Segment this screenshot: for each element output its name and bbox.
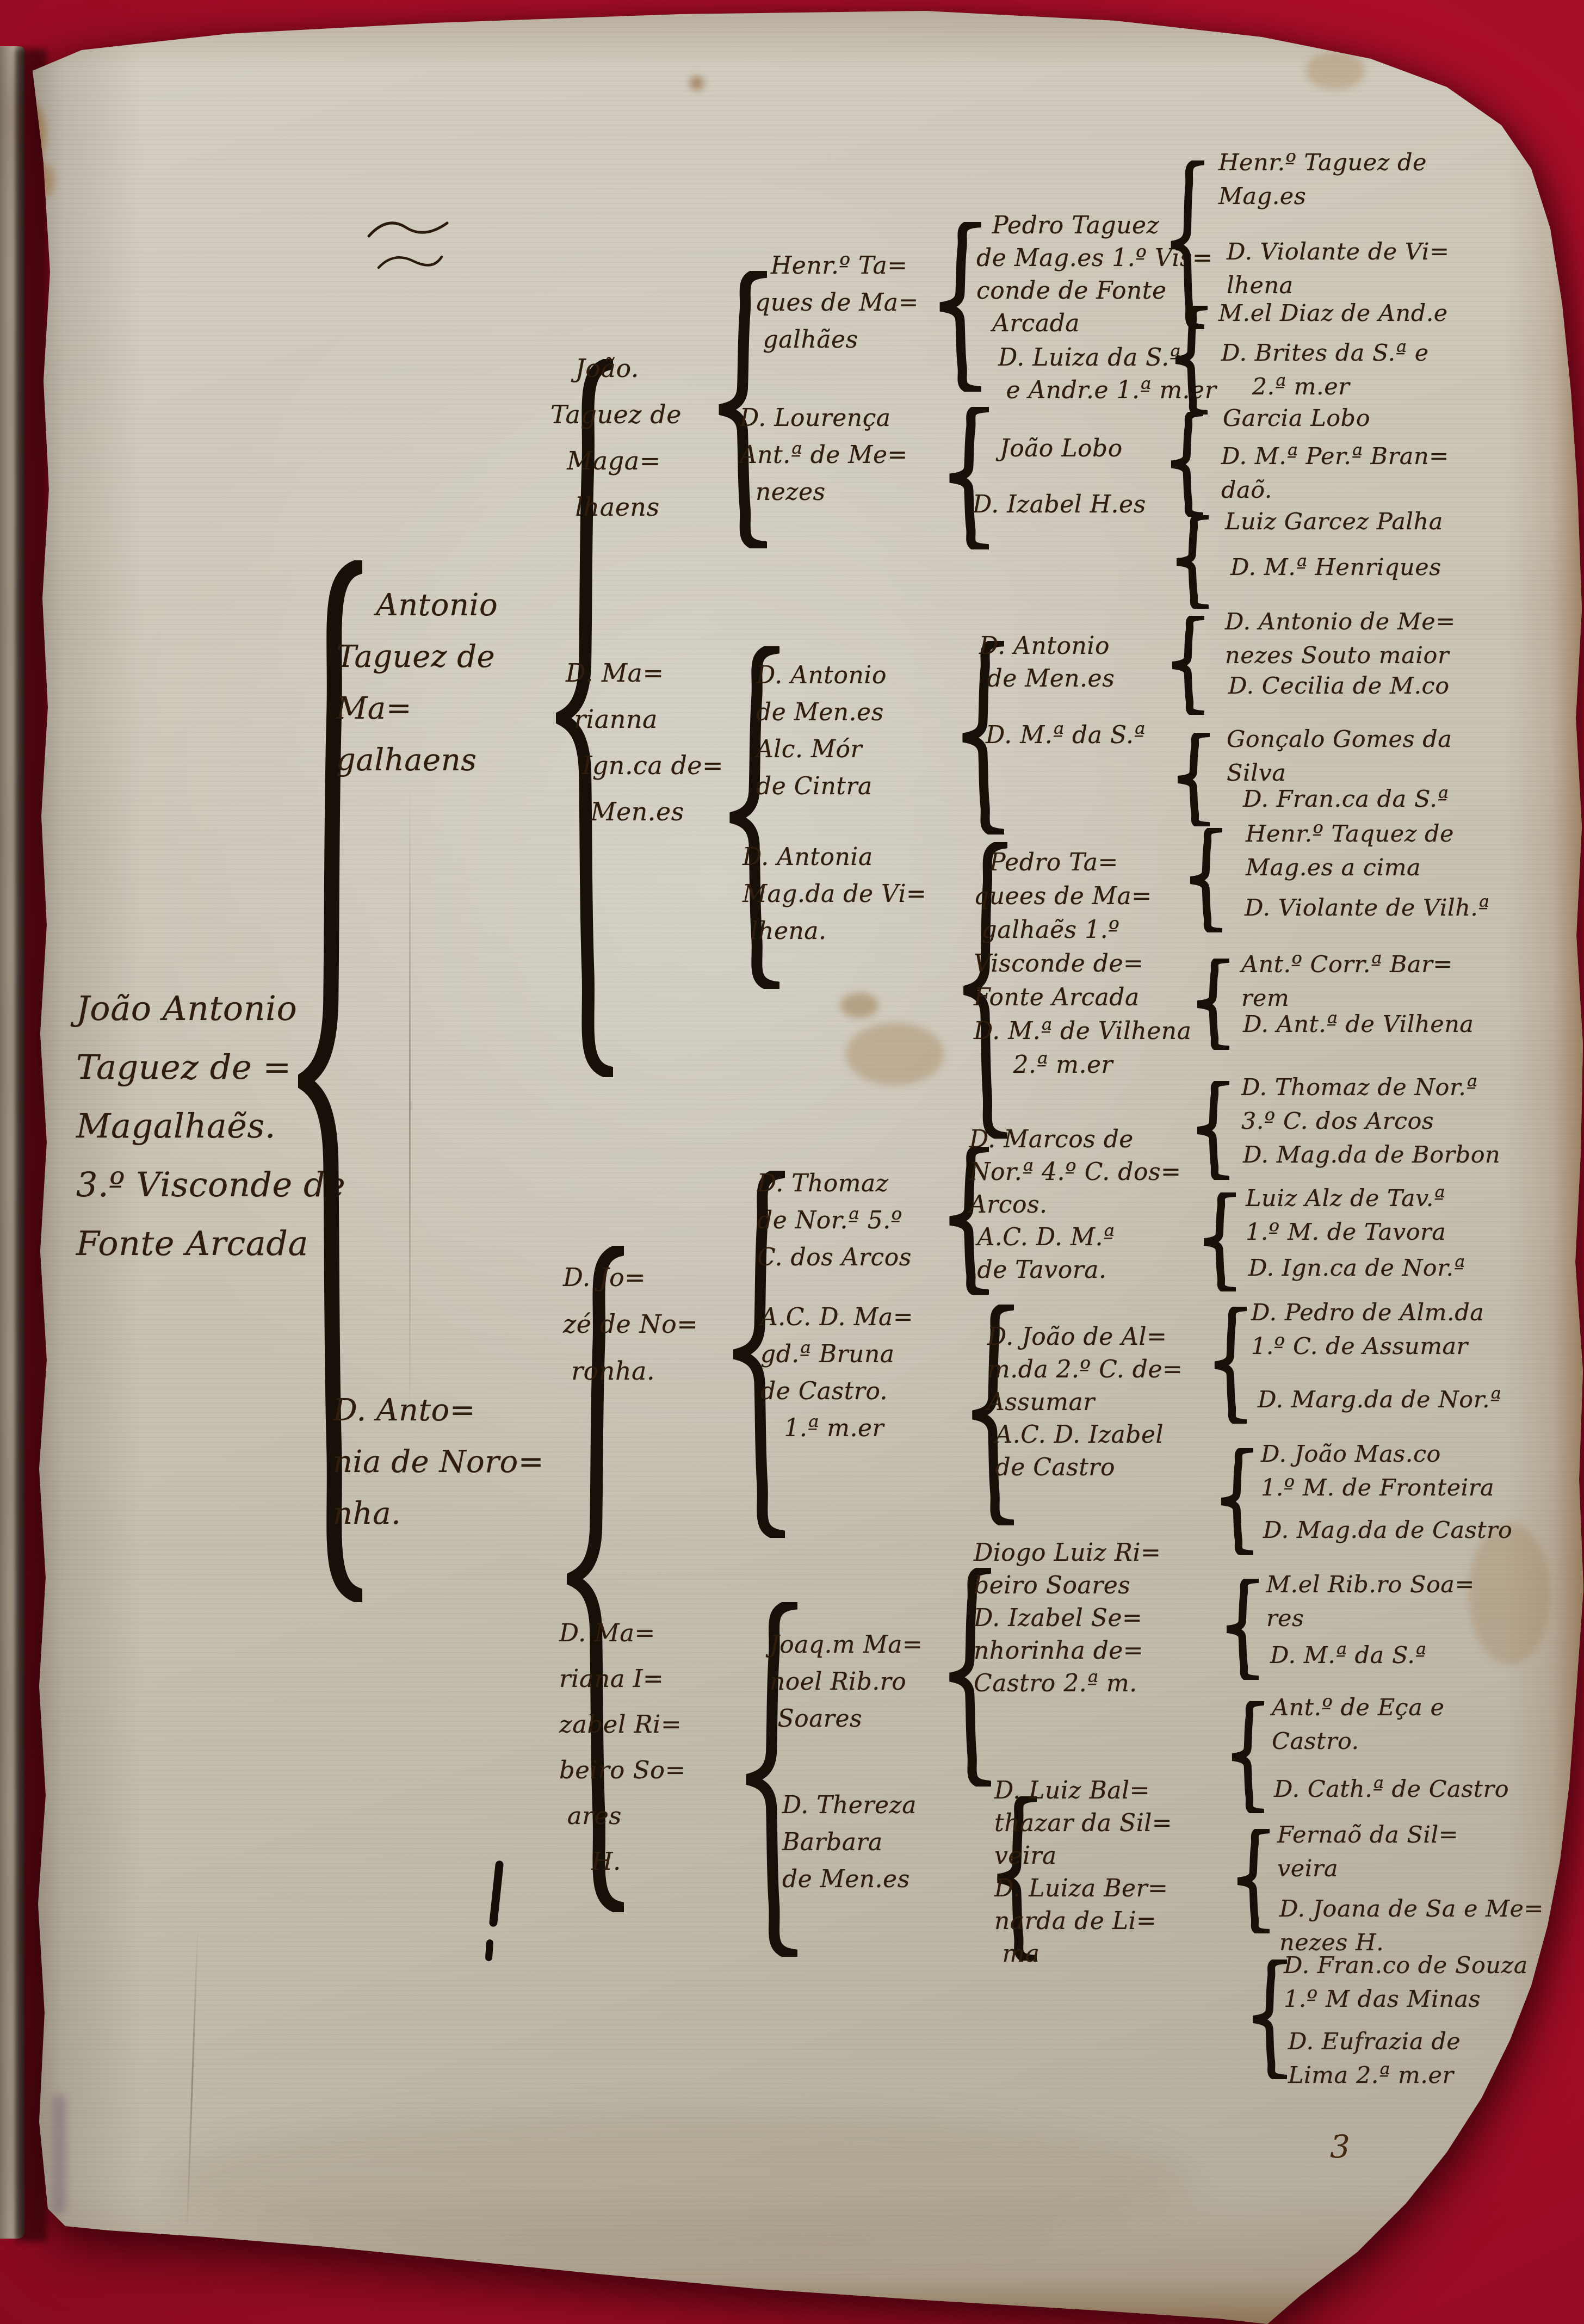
person-g2-father: Antonio Taguez de Ma= galhaens bbox=[336, 579, 576, 786]
person-g6-24: M.el Rib.ro Soa= res bbox=[1266, 1568, 1584, 1635]
brace-g5-5 bbox=[1176, 733, 1210, 826]
person-g6-25: D. M.ª da S.ª bbox=[1270, 1639, 1584, 1672]
person-g6-15: D. Ant.ª de Vilhena bbox=[1243, 1008, 1584, 1041]
brace-g5-9b bbox=[1230, 1701, 1264, 1813]
person-g4-3: D. Antonia Mag.da de Vi= lhena. bbox=[742, 839, 971, 950]
brace-g5-6b bbox=[1196, 959, 1229, 1050]
ink-blot bbox=[485, 1939, 494, 1962]
fox-stain bbox=[1305, 52, 1365, 90]
person-g4-2: D. Antonio de Men.es Alc. Mór de Cintra bbox=[756, 657, 968, 805]
brace-g5-7a bbox=[1196, 1081, 1229, 1180]
person-g6-12: Henr.º Taquez de Mag.es a cima bbox=[1246, 817, 1584, 885]
person-g6-23: D. Mag.da de Castro bbox=[1263, 1513, 1584, 1547]
brace-g5-7b bbox=[1202, 1192, 1236, 1291]
ink-smudge bbox=[846, 1023, 944, 1085]
person-g6-11: D. Fran.ca da S.ª bbox=[1243, 782, 1584, 816]
person-g6-20: D. Pedro de Alm.da 1.º C. de Assumar bbox=[1251, 1296, 1584, 1363]
person-g3-3: D. Ma= riana I= zabel Ri= beiro So= ares… bbox=[559, 1610, 744, 1884]
person-g6-16: D. Thomaz de Nor.ª 3.º C. dos Arcos bbox=[1241, 1071, 1584, 1138]
person-g6-22: D. João Mas.co 1.º M. de Fronteira bbox=[1261, 1437, 1584, 1505]
person-g6-6: Luiz Garcez Palha bbox=[1225, 505, 1584, 539]
person-g6-2: M.el Diaz de And.e bbox=[1218, 296, 1577, 330]
person-g4-6: Joaq.m Ma= noel Rib.ro Soares bbox=[770, 1627, 976, 1738]
person-g6-9: D. Cecilia de M.co bbox=[1228, 669, 1584, 703]
brace-g4-1 bbox=[948, 407, 989, 549]
binding-stitch bbox=[15, 454, 31, 480]
person-g6-14: Ant.º Corr.ª Bar= rem bbox=[1241, 948, 1584, 1015]
person-g2-mother: D. Anto= nia de Noro= nha. bbox=[333, 1384, 578, 1540]
person-g6-17: D. Mag.da de Borbon bbox=[1243, 1138, 1584, 1172]
brace-g5-8b bbox=[1220, 1448, 1253, 1555]
aging-band bbox=[163, 2111, 1197, 2252]
photo-backdrop: { "document": { "kind": "manuscript gene… bbox=[0, 0, 1584, 2324]
person-g6-10: Gonçalo Gomes da Silva bbox=[1227, 722, 1584, 790]
page-number: 3 bbox=[1330, 2128, 1350, 2165]
brace-g5-4 bbox=[1171, 616, 1204, 715]
person-g6-21: D. Marg.da de Nor.ª bbox=[1258, 1383, 1584, 1417]
person-g4-1: D. Lourença Ant.ª de Me= nezes bbox=[740, 400, 963, 511]
ink-smudge bbox=[840, 993, 878, 1018]
person-g6-8: D. Antonio de Me= nezes Souto maior bbox=[1225, 605, 1584, 672]
brace-g5-2 bbox=[1170, 412, 1203, 517]
paper-sheet: João Antonio Taguez de = Magalhaẽs. 3.º … bbox=[0, 0, 1584, 2324]
person-g6-13: D. Violante de Vilh.ª bbox=[1245, 891, 1584, 925]
brace-g5-0 bbox=[1170, 160, 1204, 329]
person-g4-4: D. Thomaz de Nor.ª 5.º C. dos Arcos bbox=[757, 1165, 975, 1276]
person-g5-6: Pedro Ta= quees de Ma= galhaẽs 1.º Visco… bbox=[974, 846, 1278, 1082]
brace-g4-0 bbox=[938, 222, 981, 392]
paper-crease bbox=[409, 783, 411, 1425]
person-g6-0: Henr.º Taguez de Mag.es bbox=[1218, 146, 1577, 213]
binding-stitch bbox=[10, 1379, 26, 1405]
person-g6-28: Fernaõ da Sil= veira bbox=[1277, 1818, 1584, 1886]
brace-g5-9a bbox=[1225, 1579, 1259, 1680]
person-g6-19: D. Ign.ca de Nor.ª bbox=[1248, 1251, 1584, 1285]
brace-g5-6a bbox=[1189, 828, 1222, 932]
person-g6-26: Ant.º de Eça e Castro. bbox=[1272, 1691, 1584, 1758]
person-g6-27: D. Cath.ª de Castro bbox=[1274, 1772, 1584, 1806]
manuscript-page: João Antonio Taguez de = Magalhaẽs. 3.º … bbox=[0, 0, 1584, 2324]
person-g6-3: D. Brites da S.ª e 2.ª m.er bbox=[1221, 336, 1580, 404]
purple-streak bbox=[52, 2094, 66, 2214]
person-g3-0: João. Taguez de Maga= lhaens bbox=[550, 345, 735, 530]
brace-g5-10b bbox=[1251, 1960, 1287, 2079]
person-g3-2: D. Jo= zé de No= ronha. bbox=[563, 1254, 742, 1394]
binding-stitch bbox=[12, 1789, 28, 1815]
brace-g5-10a bbox=[1236, 1829, 1270, 1933]
person-g6-4: Garcia Lobo bbox=[1223, 401, 1582, 435]
person-g6-7: D. M.ª Henriques bbox=[1230, 551, 1584, 584]
person-g3-1: D. Ma= rianna Ign.ca de= Men.es bbox=[566, 650, 751, 835]
fox-stain bbox=[4, 98, 46, 169]
person-g6-30: D. Fran.co de Souza 1.º M das Minas bbox=[1284, 1949, 1584, 2016]
person-g6-18: Luiz Alz de Tav.ª 1.º M. de Tavora bbox=[1246, 1182, 1584, 1249]
fox-stain bbox=[32, 163, 54, 198]
fox-spot bbox=[690, 76, 704, 90]
brace-g5-8a bbox=[1213, 1307, 1247, 1424]
brace-g5-1 bbox=[1174, 306, 1208, 415]
binding-stitch bbox=[12, 914, 28, 941]
person-g6-31: D. Eufrazia de Lima 2.ª m.er bbox=[1288, 2025, 1584, 2092]
binding-stitch bbox=[15, 1944, 31, 1970]
person-g4-7: D. Thereza Barbara de Men.es bbox=[782, 1787, 994, 1898]
person-g4-5: A.C. D. Ma= gd.ª Bruna de Castro. 1.ª m.… bbox=[760, 1299, 973, 1447]
ink-flourish bbox=[366, 211, 480, 282]
brace-g5-3 bbox=[1175, 515, 1209, 609]
ink-blot bbox=[489, 1861, 504, 1927]
person-g6-5: D. M.ª Per.ª Bran= daõ. bbox=[1221, 440, 1580, 507]
person-g6-1: D. Violante de Vi= lhena bbox=[1227, 235, 1584, 302]
